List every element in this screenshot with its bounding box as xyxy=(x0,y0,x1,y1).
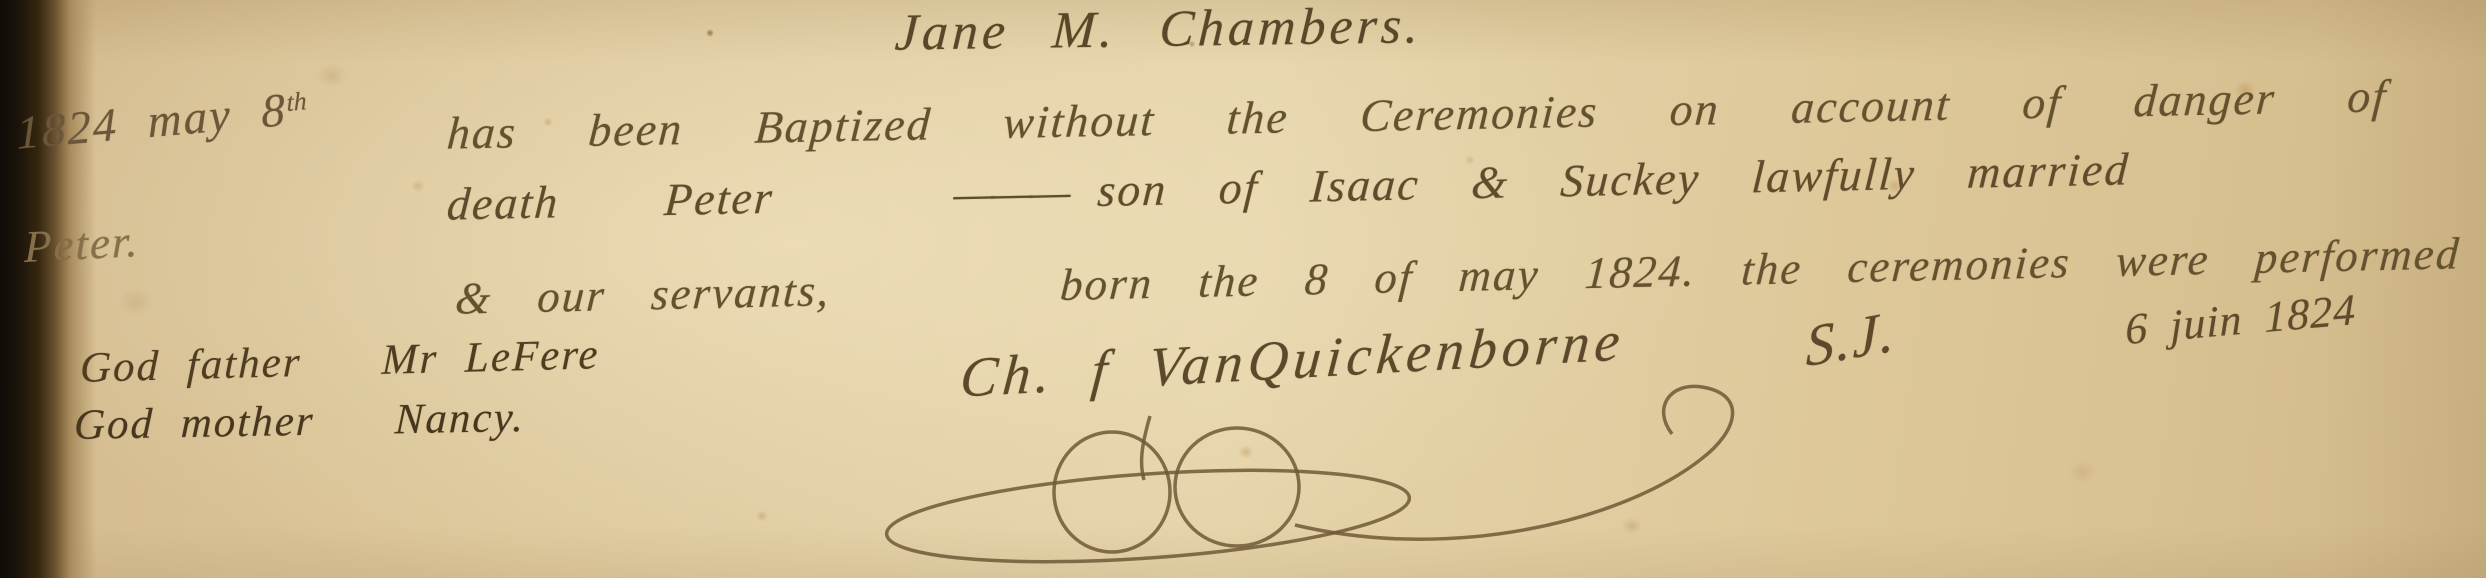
signature-suffix: S.J. xyxy=(1806,302,1896,377)
margin-date-ordinal: th xyxy=(286,86,307,117)
record-title: Jane M. Chambers. xyxy=(894,0,1424,59)
dash-stroke: ——— xyxy=(952,166,1069,219)
margin-child-name: Peter. xyxy=(24,219,140,270)
flourish-loop-left xyxy=(1054,432,1170,552)
baptism-register-page: Jane M. Chambers. 1824 may 8th Peter. ha… xyxy=(0,0,2486,578)
signature-flourish xyxy=(840,350,1800,578)
godmother-line: God mother Nancy. xyxy=(73,396,526,447)
entry-line-3-servants: & our servants, xyxy=(454,265,832,324)
flourish-loop-right xyxy=(1175,428,1299,546)
flourish-flat-loop xyxy=(884,456,1413,576)
book-binding-edge xyxy=(0,0,100,578)
entry-line-2-death: death xyxy=(446,176,562,229)
flourish-descender xyxy=(1142,416,1150,480)
flourish-right-hook xyxy=(1295,386,1733,539)
entry-line-2-name: Peter xyxy=(663,172,776,225)
